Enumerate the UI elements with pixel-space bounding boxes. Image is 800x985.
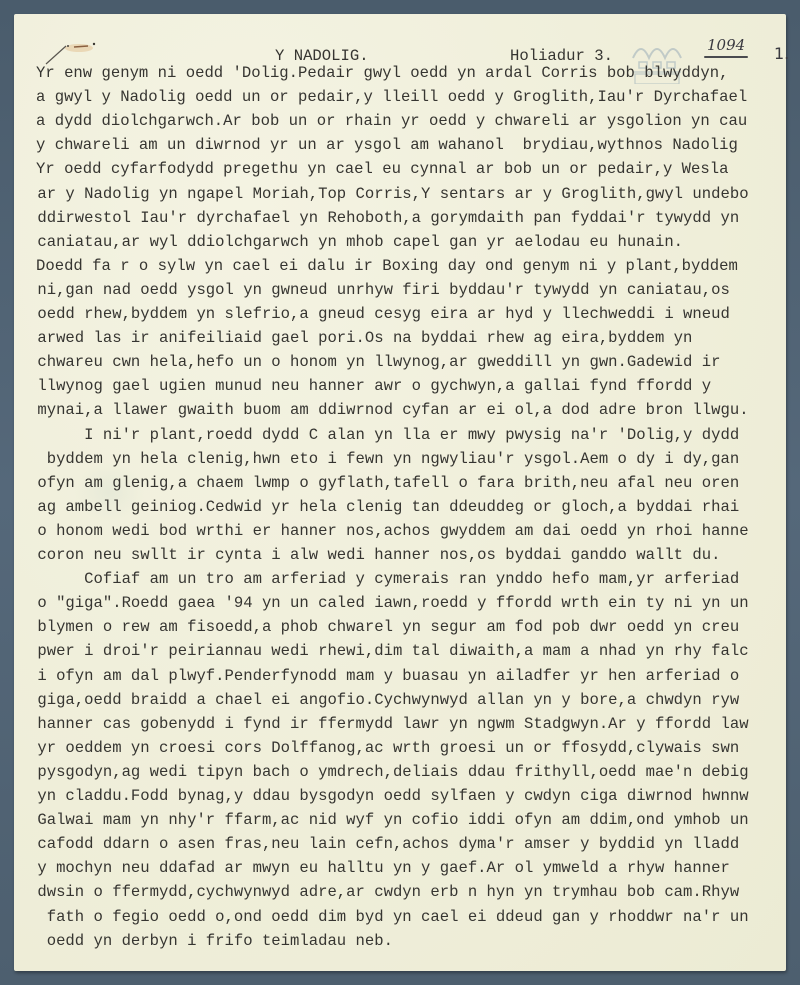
text-line: chwareu cwn hela,hefo un o honom yn llwy…	[28, 353, 720, 371]
text-line: a gwyl y Nadolig oedd un or pedair,y lle…	[36, 88, 747, 106]
text-line: blymen o rew am fisoedd,a phob chwarel y…	[28, 618, 739, 636]
handwritten-underline	[704, 56, 748, 58]
handwritten-reference-number: 1094	[707, 36, 745, 54]
text-line: Doedd fa r o sylw yn cael ei dalu ir Box…	[36, 257, 738, 275]
text-line: coron neu swllt ir cynta i alw wedi hann…	[28, 546, 720, 564]
text-line: i ofyn am dal plwyf.Penderfynodd mam y b…	[28, 667, 739, 685]
text-line: oedd yn derbyn i frifo teimladau neb.	[28, 932, 393, 950]
text-line: a dydd diolchgarwch.Ar bob un or rhain y…	[36, 112, 747, 130]
text-line: arwed las ir anifeiliaid gael pori.Os na…	[28, 329, 692, 347]
text-line: fath o fegio oedd o,ond oedd dim byd yn …	[28, 908, 749, 926]
text-line: Cofiaf am un tro am arferiad y cymerais …	[28, 570, 739, 588]
text-line: giga,oedd braidd a chael ei angofio.Cych…	[28, 691, 739, 709]
text-line: ar y Nadolig yn ngapel Moriah,Top Corris…	[28, 185, 749, 203]
text-line: caniatau,ar wyl ddiolchgarwch yn mhob ca…	[28, 233, 683, 251]
text-line: ag ambell geiniog.Cedwid yr hela clenig …	[28, 498, 739, 516]
text-line: dwsin o ffermydd,cychwynwyd adre,ar cwdy…	[28, 883, 739, 901]
text-line: Yr enw genym ni oedd 'Dolig.Pedair gwyl …	[36, 64, 728, 82]
text-line: oedd rhew,byddem yn slefrio,a gneud cesy…	[28, 305, 730, 323]
text-line: yr oeddem yn croesi cors Dolffanog,ac wr…	[28, 739, 739, 757]
handwritten-page-number: 1.	[774, 44, 789, 63]
document-title: Y NADOLIG.	[275, 47, 369, 65]
text-line: y chwareli am un diwrnod yr un ar ysgol …	[36, 136, 738, 154]
text-line: hanner cas gobenydd i fynd ir ffermydd l…	[28, 715, 749, 733]
text-line: ofyn am glenig,a chaem lwmp o gyflath,ta…	[28, 474, 739, 492]
text-line: ddirwestol Iau'r dyrchafael yn Rehoboth,…	[28, 209, 739, 227]
questionnaire-label: Holiadur 3.	[510, 47, 613, 65]
text-line: I ni'r plant,roedd dydd C alan yn lla er…	[28, 426, 739, 444]
text-line: Yr oedd cyfarfodydd pregethu yn cael eu …	[36, 160, 728, 178]
text-line: cafodd ddarn o asen fras,neu lain cefn,a…	[28, 835, 739, 853]
text-line: mynai,a llawer gwaith buom am ddiwrnod c…	[28, 401, 749, 419]
text-line: ni,gan nad oedd ysgol yn gwneud unrhyw f…	[28, 281, 730, 299]
text-line: o honom wedi bod wrthi er hanner nos,ach…	[28, 522, 749, 540]
typewritten-page: Y NADOLIG. Holiadur 3. 1094 1. Yr enw ge…	[14, 14, 786, 971]
text-line: yn claddu.Fodd bynag,y ddau bysgodyn oed…	[28, 787, 749, 805]
text-line: pwer i droi'r peiriannau wedi rhewi,dim …	[28, 642, 749, 660]
text-line: byddem yn hela clenig,hwn eto i fewn yn …	[28, 450, 739, 468]
text-line: o "giga".Roedd gaea '94 yn un caled iawn…	[28, 594, 749, 612]
text-line: y mochyn neu ddafad ar mwyn eu halltu yn…	[28, 859, 730, 877]
text-line: pysgodyn,ag wedi tipyn bach o ymdrech,de…	[28, 763, 749, 781]
text-line: Galwai mam yn nhy'r ffarm,ac nid wyf yn …	[28, 811, 749, 829]
text-line: llwynog gael ugien munud neu hanner awr …	[28, 377, 711, 395]
